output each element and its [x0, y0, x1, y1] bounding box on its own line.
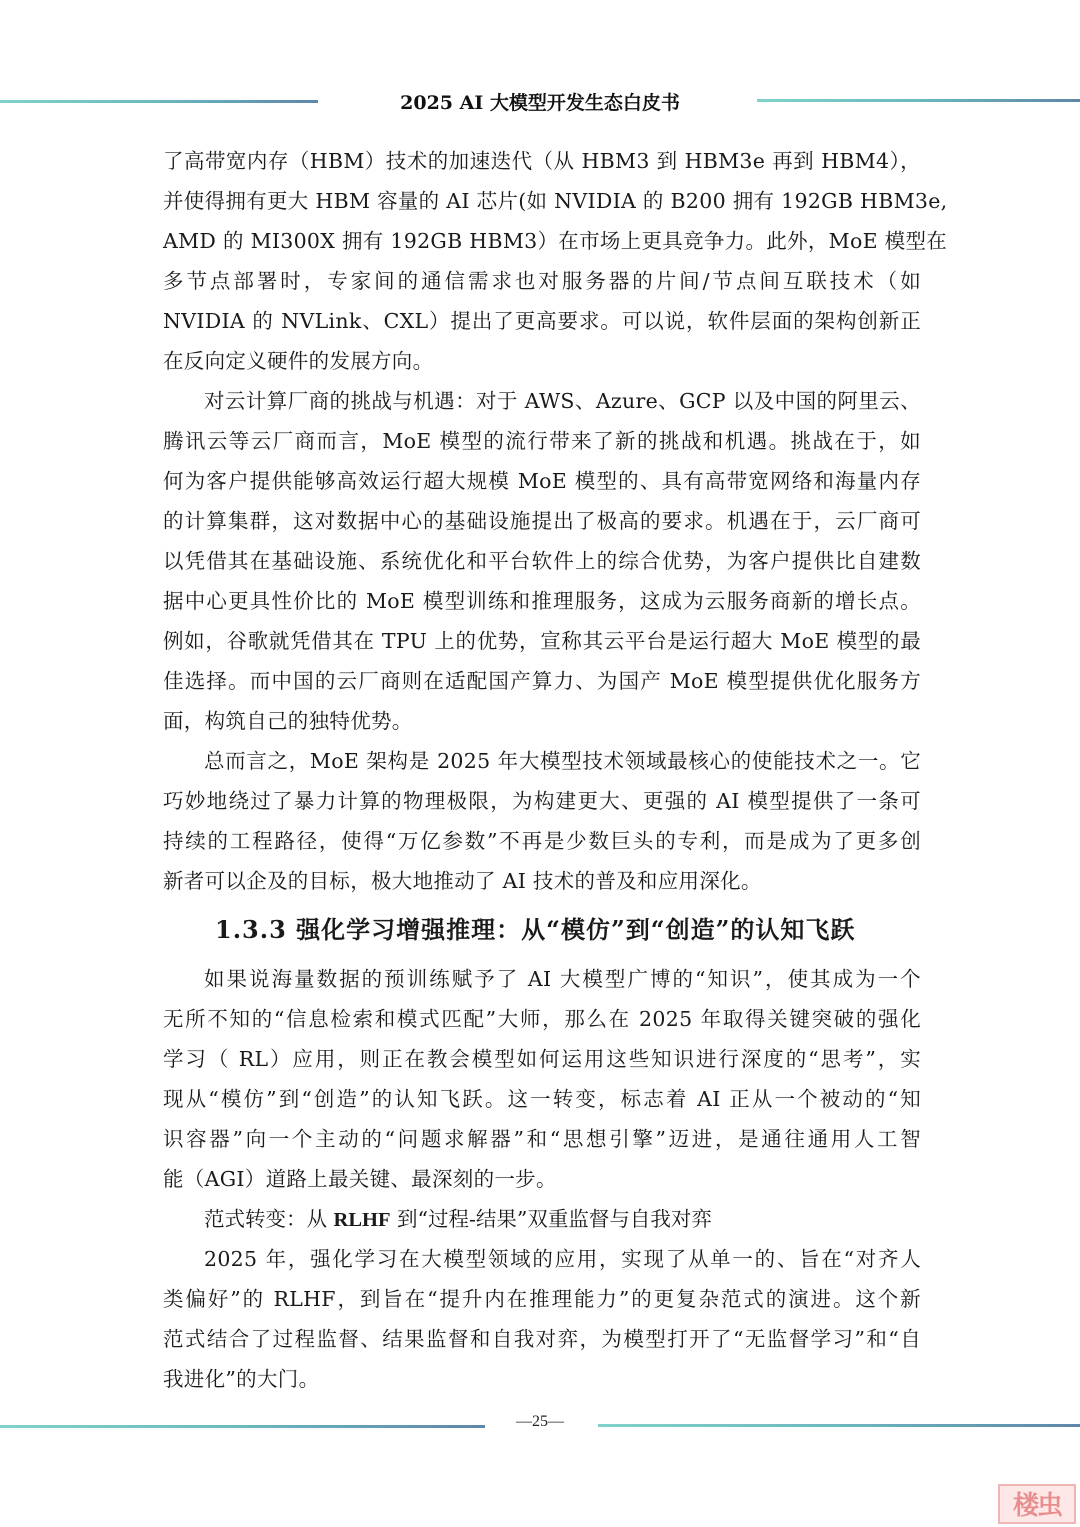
text-line: AMD 的 MI300X 拥有 192GB HBM3）在市场上更具竞争力。此外，… [163, 221, 921, 261]
text-line: 学习（ RL）应用，则正在教会模型如何运用这些知识进行深度的“思考”，实 [163, 1039, 921, 1079]
page-body: 了高带宽内存（HBM）技术的加速迭代（从 HBM3 到 HBM3e 再到 HBM… [163, 141, 921, 1399]
page-number: —25— [495, 1413, 585, 1431]
subheading-paradigm-shift: 范式转变：从 RLHF 到“过程-结果”双重监督与自我对弈 [163, 1199, 921, 1239]
subheading-prefix: 范式转变：从 [204, 1207, 334, 1231]
paragraph-rl-intro: 如果说海量数据的预训练赋予了 AI 大模型广博的“知识”，使其成为一个 无所不知… [163, 959, 921, 1199]
text-line: 以凭借其在基础设施、系统优化和平台软件上的综合优势，为客户提供比自建数 [163, 541, 921, 581]
text-line: 并使得拥有更大 HBM 容量的 AI 芯片(如 NVIDIA 的 B200 拥有… [163, 181, 921, 221]
text-line: 佳选择。而中国的云厂商则在适配国产算力、为国产 MoE 模型提供优化服务方 [163, 661, 921, 701]
text-line: 例如，谷歌就凭借其在 TPU 上的优势，宣称其云平台是运行超大 MoE 模型的最 [163, 621, 921, 661]
paragraph-cloud-vendors: 对云计算厂商的挑战与机遇：对于 AWS、Azure、GCP 以及中国的阿里云、 … [163, 381, 921, 741]
footer-rule-left [0, 1425, 485, 1428]
text-line: NVIDIA 的 NVLink、CXL）提出了更高要求。可以说，软件层面的架构创… [163, 301, 921, 341]
text-line: 如果说海量数据的预训练赋予了 AI 大模型广博的“知识”，使其成为一个 [163, 959, 921, 999]
text-line: 据中心更具性价比的 MoE 模型训练和推理服务，这成为云服务商新的增长点。 [163, 581, 921, 621]
paragraph-rl-2025: 2025 年，强化学习在大模型领域的应用，实现了从单一的、旨在“对齐人 类偏好”… [163, 1239, 921, 1399]
text-line: 总而言之，MoE 架构是 2025 年大模型技术领域最核心的使能技术之一。它 [163, 741, 921, 781]
section-heading: 1.3.3 强化学习增强推理：从“模仿”到“创造”的认知飞跃 [163, 901, 921, 959]
footer-rule-right [598, 1424, 1080, 1427]
subheading-bold-term: RLHF [334, 1209, 391, 1231]
text-line: 在反向定义硬件的发展方向。 [163, 341, 921, 381]
text-line: 持续的工程路径，使得“万亿参数”不再是少数巨头的专利，而是成为了更多创 [163, 821, 921, 861]
text-line: 现从“模仿”到“创造”的认知飞跃。这一转变，标志着 AI 正从一个被动的“知 [163, 1079, 921, 1119]
text-line: 对云计算厂商的挑战与机遇：对于 AWS、Azure、GCP 以及中国的阿里云、 [163, 381, 921, 421]
text-line: 何为客户提供能够高效运行超大规模 MoE 模型的、具有高带宽网络和海量内存 [163, 461, 921, 501]
text-line: 类偏好”的 RLHF，到旨在“提升内在推理能力”的更复杂范式的演进。这个新 [163, 1279, 921, 1319]
text-line: 识容器”向一个主动的“问题求解器”和“思想引擎”迈进，是通往通用人工智 [163, 1119, 921, 1159]
text-line: 新者可以企及的目标，极大地推动了 AI 技术的普及和应用深化。 [163, 861, 921, 901]
text-line: 巧妙地绕过了暴力计算的物理极限，为构建更大、更强的 AI 模型提供了一条可 [163, 781, 921, 821]
text-line: 2025 年，强化学习在大模型领域的应用，实现了从单一的、旨在“对齐人 [163, 1239, 921, 1279]
text-line: 了高带宽内存（HBM）技术的加速迭代（从 HBM3 到 HBM3e 再到 HBM… [163, 141, 921, 181]
paragraph-summary: 总而言之，MoE 架构是 2025 年大模型技术领域最核心的使能技术之一。它 巧… [163, 741, 921, 901]
text-line: 的计算集群，这对数据中心的基础设施提出了极高的要求。机遇在于，云厂商可 [163, 501, 921, 541]
text-line: 范式结合了过程监督、结果监督和自我对弈，为模型打开了“无监督学习”和“自 [163, 1319, 921, 1359]
paragraph-hbm: 了高带宽内存（HBM）技术的加速迭代（从 HBM3 到 HBM3e 再到 HBM… [163, 141, 921, 381]
text-line: 我进化”的大门。 [163, 1359, 921, 1399]
header-rule-right [757, 99, 1080, 102]
text-line: 无所不知的“信息检索和模式匹配”大师，那么在 2025 年取得关键突破的强化 [163, 999, 921, 1039]
subheading-suffix: 到“过程-结果”双重监督与自我对弈 [390, 1207, 711, 1231]
text-line: 腾讯云等云厂商而言，MoE 模型的流行带来了新的挑战和机遇。挑战在于，如 [163, 421, 921, 461]
text-line: 面，构筑自己的独特优势。 [163, 701, 921, 741]
text-line: 能（AGI）道路上最关键、最深刻的一步。 [163, 1159, 921, 1199]
text-line: 多节点部署时，专家间的通信需求也对服务器的片间/节点间互联技术（如 [163, 261, 921, 301]
watermark-stamp-icon: 楼虫 [998, 1484, 1076, 1524]
